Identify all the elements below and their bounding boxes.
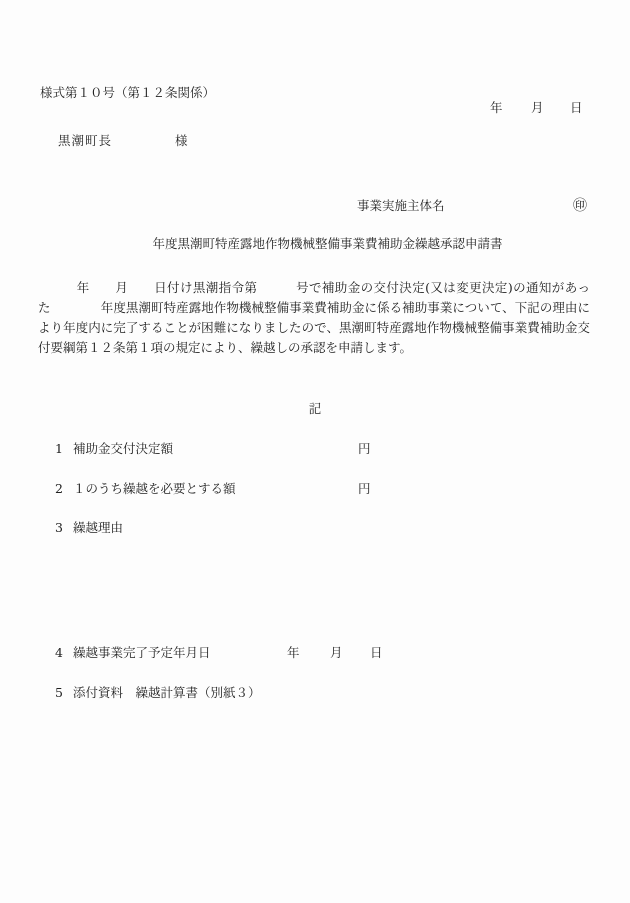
paragraph-line: 付要綱第１２条第１項の規定により、繰越しの承認を申請します。: [38, 338, 590, 358]
document-page: 様式第１０号（第１２条関係） 年 月 日 黒潮町長 様 事業実施主体名 ㊞ 年度…: [0, 0, 630, 903]
item-4-label: 繰越事業完了予定年月日: [73, 647, 211, 660]
item-3-number: 3: [55, 522, 63, 535]
paragraph-line: 年 月 日付け黒潮指令第 号で補助金の交付決定(又は変更決定)の通知があっ: [38, 278, 590, 298]
addressee-name: 黒潮町長: [58, 135, 112, 148]
item-5-label: 添付資料 繰越計算書（別紙３）: [73, 687, 261, 700]
item-4-date-month-label: 月: [330, 647, 343, 660]
body-paragraph: 年 月 日付け黒潮指令第 号で補助金の交付決定(又は変更決定)の通知があっ た …: [38, 278, 590, 358]
item-1-unit-label: 円: [358, 443, 371, 456]
item-4-date-year-label: 年: [287, 647, 300, 660]
document-title: 年度黒潮町特産露地作物機械整備事業費補助金繰越承認申請書: [0, 238, 630, 251]
item-4-date-day-label: 日: [370, 647, 383, 660]
issue-date-month-label: 月: [531, 102, 544, 115]
form-number: 様式第１０号（第１２条関係）: [40, 87, 215, 100]
item-1-number: 1: [55, 443, 63, 456]
item-2-number: 2: [55, 483, 63, 496]
item-5-number: 5: [55, 687, 63, 700]
item-3-label: 繰越理由: [73, 522, 123, 535]
paragraph-line: より年度内に完了することが困難になりましたので、黒潮町特産露地作物機械整備事業費…: [38, 318, 590, 338]
paragraph-line: た 年度黒潮町特産露地作物機械整備事業費補助金に係る補助事業について、下記の理由…: [38, 298, 590, 318]
issue-date-year-label: 年: [490, 102, 503, 115]
item-1-label: 補助金交付決定額: [73, 443, 173, 456]
addressee-honorific: 様: [175, 135, 188, 148]
applicant-name-label: 事業実施主体名: [357, 200, 445, 213]
item-4-number: 4: [55, 647, 63, 660]
item-2-label: １のうち繰越を必要とする額: [73, 483, 236, 496]
item-2-unit-label: 円: [358, 483, 371, 496]
record-heading: 記: [0, 403, 630, 416]
seal-stamp-icon: ㊞: [573, 199, 587, 213]
issue-date-day-label: 日: [570, 102, 583, 115]
